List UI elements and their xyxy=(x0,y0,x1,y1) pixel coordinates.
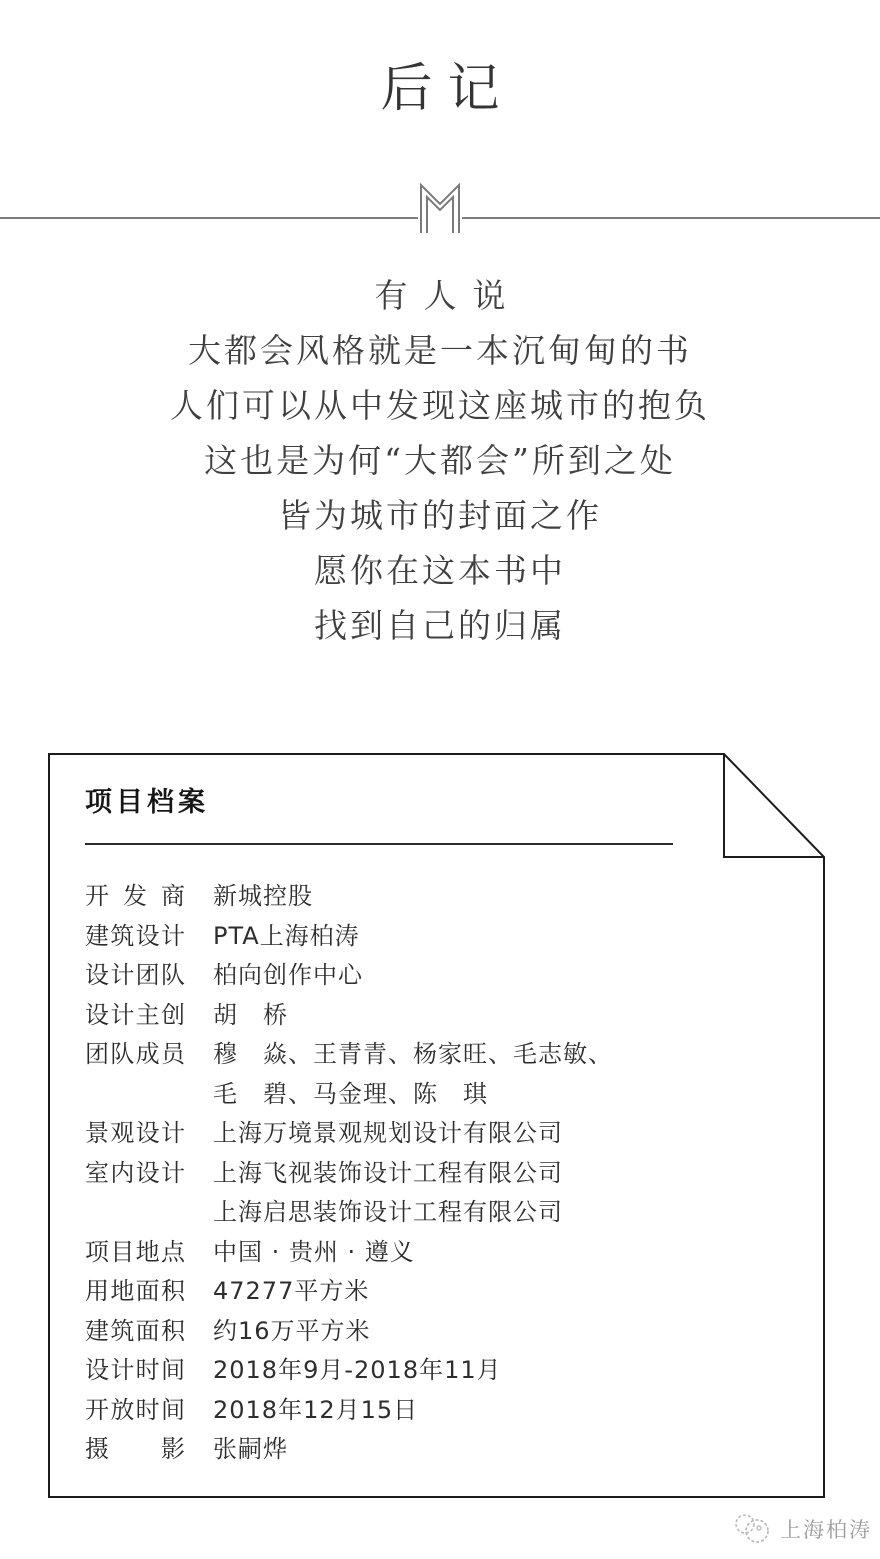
poem: 有人说大都会风格就是一本沉甸甸的书人们可以从中发现这座城市的抱负这也是为何“大都… xyxy=(0,268,880,653)
archive-rows: 开发商新城控股建筑设计PTA上海柏涛设计团队柏向创作中心设计主创胡 桥团队成员穆… xyxy=(85,877,795,1470)
archive-card: 项目档案 开发商新城控股建筑设计PTA上海柏涛设计团队柏向创作中心设计主创胡 桥… xyxy=(48,753,825,1498)
brand-watermark: 上海柏涛 xyxy=(732,1512,872,1546)
row-label: 用地面积 xyxy=(85,1272,185,1312)
row-value: 上海飞视装饰设计工程有限公司上海启思装饰设计工程有限公司 xyxy=(213,1154,795,1233)
archive-content: 项目档案 开发商新城控股建筑设计PTA上海柏涛设计团队柏向创作中心设计主创胡 桥… xyxy=(48,753,825,1470)
archive-row: 开放时间2018年12月15日 xyxy=(85,1391,795,1431)
row-value-line: 2018年9月-2018年11月 xyxy=(213,1351,795,1391)
row-value: 新城控股 xyxy=(213,877,795,917)
row-value: 穆 焱、王青青、杨家旺、毛志敏、毛 碧、马金理、陈 琪 xyxy=(213,1035,795,1114)
row-label: 开发商 xyxy=(85,877,185,917)
archive-row: 团队成员穆 焱、王青青、杨家旺、毛志敏、毛 碧、马金理、陈 琪 xyxy=(85,1035,795,1114)
archive-row: 用地面积47277平方米 xyxy=(85,1272,795,1312)
poem-line: 人们可以从中发现这座城市的抱负 xyxy=(0,378,880,433)
row-value: 2018年12月15日 xyxy=(213,1391,795,1431)
row-value-line: 穆 焱、王青青、杨家旺、毛志敏、 xyxy=(213,1035,795,1075)
brand-name: 上海柏涛 xyxy=(780,1514,872,1544)
row-value-line: 柏向创作中心 xyxy=(213,956,795,996)
archive-row: 建筑面积约16万平方米 xyxy=(85,1312,795,1352)
row-label: 建筑设计 xyxy=(85,917,185,957)
row-value-line: 上海启思装饰设计工程有限公司 xyxy=(213,1193,795,1233)
poem-line: 有人说 xyxy=(0,268,880,323)
row-label: 设计主创 xyxy=(85,996,185,1036)
archive-row: 景观设计上海万境景观规划设计有限公司 xyxy=(85,1114,795,1154)
m-monogram-icon xyxy=(418,176,462,233)
row-label: 开放时间 xyxy=(85,1391,185,1431)
row-value-line: 2018年12月15日 xyxy=(213,1391,795,1431)
row-value: 2018年9月-2018年11月 xyxy=(213,1351,795,1391)
brand-logo-icon xyxy=(732,1512,774,1546)
archive-row: 建筑设计PTA上海柏涛 xyxy=(85,917,795,957)
row-value-line: 上海飞视装饰设计工程有限公司 xyxy=(213,1154,795,1194)
row-value: 张嗣烨 xyxy=(213,1430,795,1470)
row-label: 室内设计 xyxy=(85,1154,185,1194)
row-value: 47277平方米 xyxy=(213,1272,795,1312)
row-value-line: 47277平方米 xyxy=(213,1272,795,1312)
page-title: 后记 xyxy=(0,58,880,120)
row-label: 摄影 xyxy=(85,1430,185,1470)
divider-line-left xyxy=(0,217,418,219)
row-label: 设计团队 xyxy=(85,956,185,996)
poem-line: 大都会风格就是一本沉甸甸的书 xyxy=(0,323,880,378)
row-value-line: PTA上海柏涛 xyxy=(213,917,795,957)
archive-row: 室内设计上海飞视装饰设计工程有限公司上海启思装饰设计工程有限公司 xyxy=(85,1154,795,1233)
archive-row: 设计主创胡 桥 xyxy=(85,996,795,1036)
archive-row: 设计团队柏向创作中心 xyxy=(85,956,795,996)
archive-row: 项目地点中国 · 贵州 · 遵义 xyxy=(85,1233,795,1273)
row-value-line: 中国 · 贵州 · 遵义 xyxy=(213,1233,795,1273)
heading-underline xyxy=(85,843,673,845)
poem-line: 找到自己的归属 xyxy=(0,598,880,653)
archive-row: 摄影张嗣烨 xyxy=(85,1430,795,1470)
archive-heading: 项目档案 xyxy=(85,787,795,819)
archive-row: 开发商新城控股 xyxy=(85,877,795,917)
row-value-line: 新城控股 xyxy=(213,877,795,917)
row-value: 上海万境景观规划设计有限公司 xyxy=(213,1114,795,1154)
row-value: 中国 · 贵州 · 遵义 xyxy=(213,1233,795,1273)
row-value: 约16万平方米 xyxy=(213,1312,795,1352)
poem-line: 这也是为何“大都会”所到之处 xyxy=(0,433,880,488)
section-divider xyxy=(0,176,880,233)
row-value-line: 毛 碧、马金理、陈 琪 xyxy=(213,1075,795,1115)
row-label: 团队成员 xyxy=(85,1035,185,1075)
row-value-line: 张嗣烨 xyxy=(213,1430,795,1470)
poem-line: 愿你在这本书中 xyxy=(0,543,880,598)
row-label: 项目地点 xyxy=(85,1233,185,1273)
poem-line: 皆为城市的封面之作 xyxy=(0,488,880,543)
row-value-line: 胡 桥 xyxy=(213,996,795,1036)
row-label: 设计时间 xyxy=(85,1351,185,1391)
row-value: PTA上海柏涛 xyxy=(213,917,795,957)
row-value-line: 上海万境景观规划设计有限公司 xyxy=(213,1114,795,1154)
row-label: 景观设计 xyxy=(85,1114,185,1154)
divider-line-right xyxy=(462,217,880,219)
row-value: 胡 桥 xyxy=(213,996,795,1036)
archive-row: 设计时间2018年9月-2018年11月 xyxy=(85,1351,795,1391)
row-label: 建筑面积 xyxy=(85,1312,185,1352)
row-value: 柏向创作中心 xyxy=(213,956,795,996)
row-value-line: 约16万平方米 xyxy=(213,1312,795,1352)
